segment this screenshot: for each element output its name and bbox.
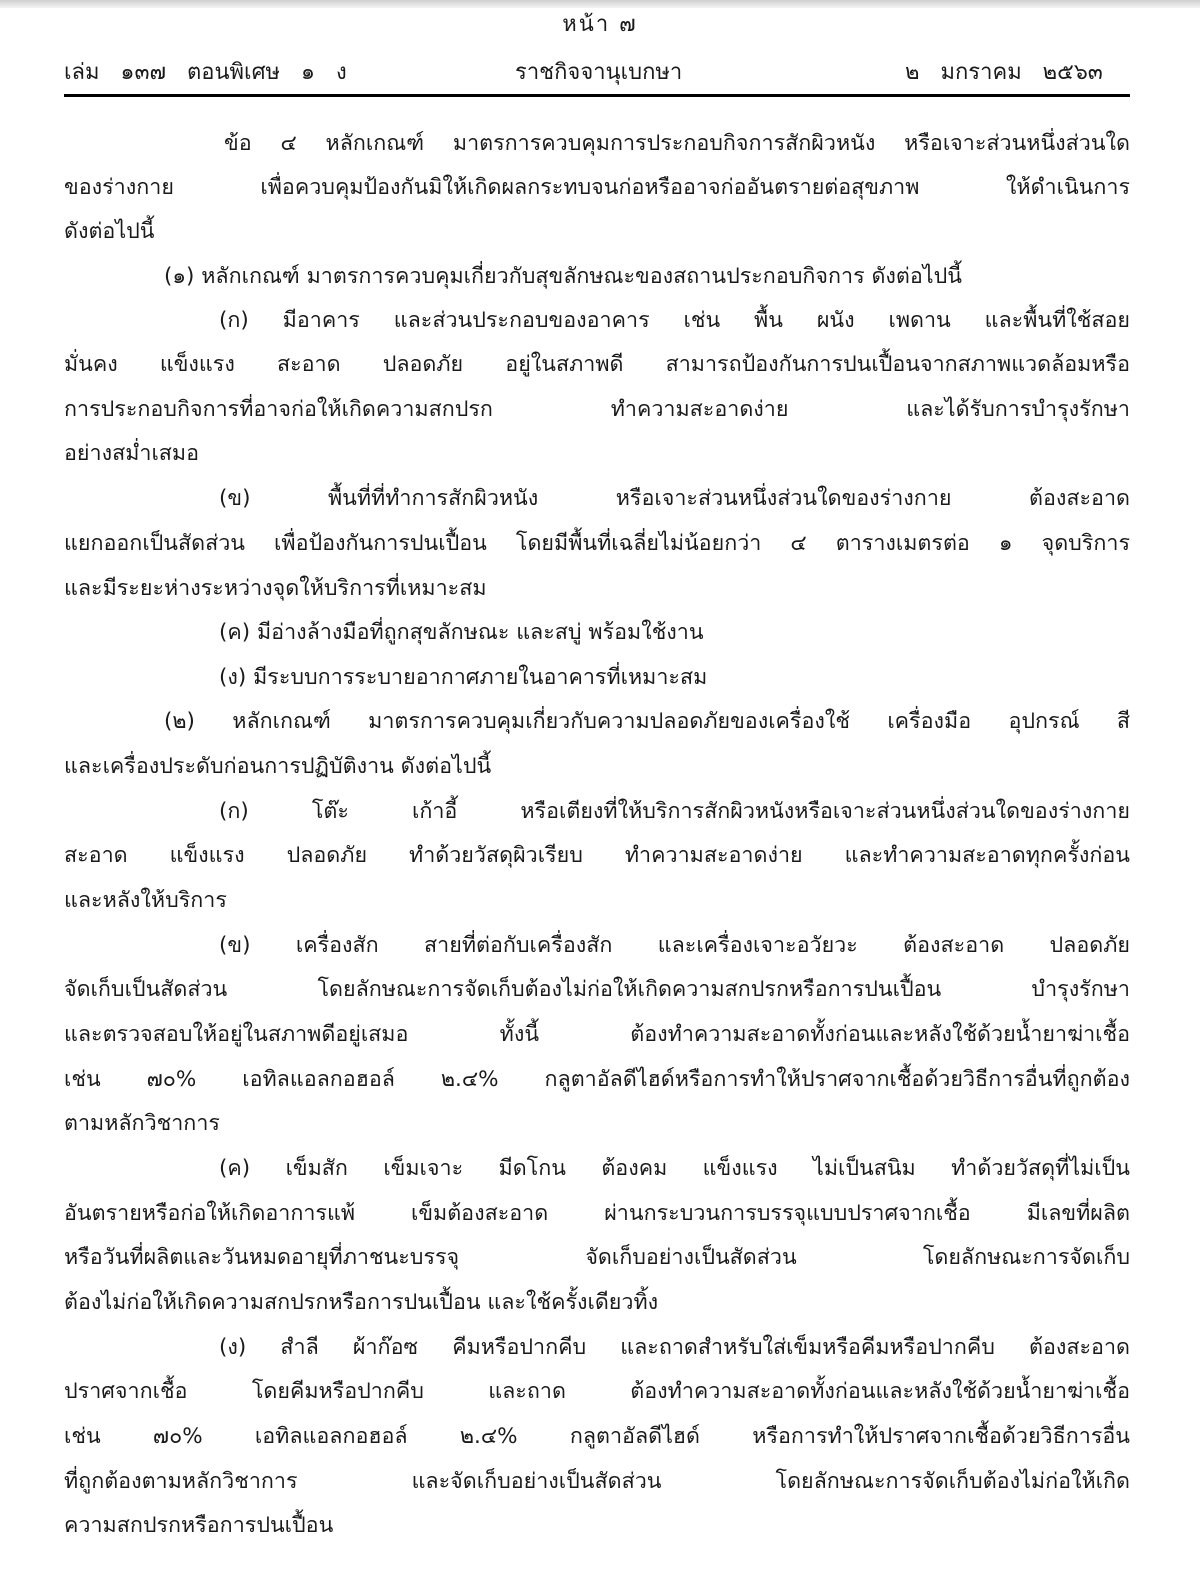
text-line: การประกอบกิจการที่อาจก่อให้เกิดความสกปรก… <box>64 395 1130 425</box>
text-line: เช่น ๗๐% เอทิลแอลกอฮอล์ ๒.๔% กลูตาอัลดีไ… <box>64 1065 1130 1095</box>
text-line: (ค) มีอ่างล้างมือที่ถูกสุขลักษณะ และสบู่… <box>219 618 704 648</box>
header-rule <box>64 94 1130 97</box>
text-line: (๒) หลักเกณฑ์ มาตรการควบคุมเกี่ยวกับความ… <box>164 707 1130 737</box>
text-line: เช่น ๗๐% เอทิลแอลกอฮอล์ ๒.๔% กลูตาอัลดีไ… <box>64 1422 1130 1452</box>
text-line: จัดเก็บเป็นสัดส่วน โดยลักษณะการจัดเก็บต้… <box>64 975 1130 1005</box>
text-line: ที่ถูกต้องตามหลักวิชาการ และจัดเก็บอย่าง… <box>64 1467 1130 1497</box>
text-line: (ข) เครื่องสัก สายที่ต่อกับเครื่องสัก แล… <box>219 931 1130 961</box>
text-line: ตามหลักวิชาการ <box>64 1109 220 1139</box>
text-line: สะอาด แข็งแรง ปลอดภัย ทำด้วยวัสดุผิวเรีย… <box>64 841 1130 871</box>
page-number: หน้า ๗ <box>0 6 1200 41</box>
text-line: และหลังให้บริการ <box>64 886 227 916</box>
text-line: (ข) พื้นที่ที่ทำการสักผิวหนัง หรือเจาะส่… <box>219 484 1130 514</box>
text-line: (๑) หลักเกณฑ์ มาตรการควบคุมเกี่ยวกับสุขล… <box>164 262 962 292</box>
text-line: (ง) มีระบบการระบายอากาศภายในอาคารที่เหมา… <box>219 663 707 693</box>
text-line: (ค) เข็มสัก เข็มเจาะ มีดโกน ต้องคม แข็งแ… <box>219 1154 1130 1184</box>
gazette-title: ราชกิจจานุเบกษา <box>515 54 682 89</box>
text-line: ของร่างกาย เพื่อควบคุมป้องกันมิให้เกิดผล… <box>64 173 1130 203</box>
text-line: หรือวันที่ผลิตและวันหมดอายุที่ภาชนะบรรจุ… <box>64 1243 1130 1273</box>
text-line: อันตรายหรือก่อให้เกิดอาการแพ้ เข็มต้องสะ… <box>64 1199 1130 1229</box>
text-line: ปราศจากเชื้อ โดยคีมหรือปากคีบ และถาด ต้อ… <box>64 1377 1130 1407</box>
text-line: (ก) โต๊ะ เก้าอี้ หรือเตียงที่ให้บริการสั… <box>219 797 1130 827</box>
text-line: ข้อ ๔ หลักเกณฑ์ มาตรการควบคุมการประกอบกิ… <box>224 129 1130 159</box>
text-line: (ก) มีอาคาร และส่วนประกอบของอาคาร เช่น พ… <box>219 306 1130 336</box>
text-line: แยกออกเป็นสัดส่วน เพื่อป้องกันการปนเปื้อ… <box>64 529 1130 559</box>
text-line: และมีระยะห่างระหว่างจุดให้บริการที่เหมาะ… <box>64 574 487 604</box>
text-line: ต้องไม่ก่อให้เกิดความสกปรกหรือการปนเปื้อ… <box>64 1288 658 1318</box>
text-line: ความสกปรกหรือการปนเปื้อน <box>64 1511 333 1541</box>
gazette-volume-issue: เล่ม ๑๓๗ ตอนพิเศษ ๑ ง <box>64 54 347 89</box>
text-line: (ง) สำลี ผ้าก๊อซ คีมหรือปากคีบ และถาดสำห… <box>219 1333 1130 1363</box>
text-line: มั่นคง แข็งแรง สะอาด ปลอดภัย อยู่ในสภาพด… <box>64 350 1130 380</box>
text-line: อย่างสม่ำเสมอ <box>64 439 199 469</box>
text-line: ดังต่อไปนี้ <box>64 217 155 247</box>
text-line: และเครื่องประดับก่อนการปฏิบัติงาน ดังต่อ… <box>64 752 491 782</box>
text-line: และตรวจสอบให้อยู่ในสภาพดีอยู่เสมอ ทั้งนี… <box>64 1020 1130 1050</box>
gazette-date: ๒ มกราคม ๒๕๖๓ <box>905 54 1103 89</box>
